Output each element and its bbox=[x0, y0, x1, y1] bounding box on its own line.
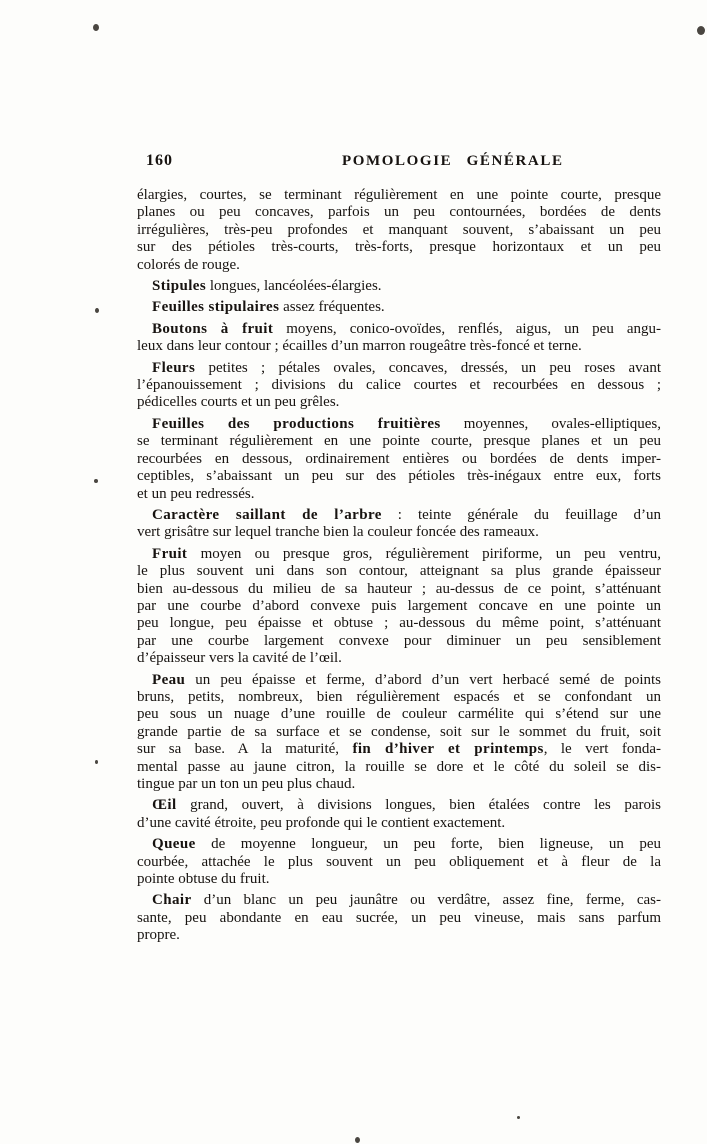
lead-word: Feuilles stipulaires bbox=[152, 299, 279, 315]
body-text: le plus souvent uni dans son contour, at… bbox=[137, 563, 661, 579]
text-line: et un peu redressés. bbox=[137, 486, 661, 503]
text-line: irrégulières, très-peu profondes et manq… bbox=[137, 222, 661, 239]
text-line: Œil grand, ouvert, à divisions longues, … bbox=[137, 797, 661, 814]
body-text: propre. bbox=[137, 927, 180, 943]
paragraph: Œil grand, ouvert, à divisions longues, … bbox=[137, 797, 661, 832]
text-line: Chair d’un blanc un peu jaunâtre ou verd… bbox=[137, 892, 661, 909]
text-line: planes ou peu concaves, parfois un peu c… bbox=[137, 204, 661, 221]
text-line: Boutons à fruit moyens, conico-ovoïdes, … bbox=[137, 321, 661, 338]
body-text: un peu épaisse et ferme, d’abord d’un ve… bbox=[185, 672, 661, 688]
text-line: bien au-dessous du milieu de sa hauteur … bbox=[137, 581, 661, 598]
text-line: sur des pétioles très-courts, très-forts… bbox=[137, 239, 661, 256]
running-title: POMOLOGIE GÉNÉRALE bbox=[342, 153, 564, 170]
body-text: courbée, attachée le plus souvent un peu… bbox=[137, 854, 661, 870]
body-text: d’un blanc un peu jaunâtre ou verdâtre, … bbox=[192, 892, 662, 908]
text-line: propre. bbox=[137, 927, 661, 944]
body-text: sur des pétioles très-courts, très-forts… bbox=[137, 239, 661, 255]
text-line: l’épanouissement ; divisions du calice c… bbox=[137, 377, 661, 394]
lead-word: Stipules bbox=[152, 278, 206, 294]
text-line: colorés de rouge. bbox=[137, 257, 661, 274]
body-text: peu longue, peu épaisse et obtuse ; au-d… bbox=[137, 615, 661, 631]
text-line: tingue par un ton un peu plus chaud. bbox=[137, 776, 661, 793]
body-text: recourbées en dessous, ordinairement ent… bbox=[137, 451, 661, 467]
body-text: mental passe au jaune citron, la rouille… bbox=[137, 759, 661, 775]
text-line: courbée, attachée le plus souvent un peu… bbox=[137, 854, 661, 871]
body-text: , le vert fonda- bbox=[544, 741, 661, 757]
text-line: se terminant régulièrement en une pointe… bbox=[137, 433, 661, 450]
body-text: se terminant régulièrement en une pointe… bbox=[137, 433, 661, 449]
body-text: d’épaisseur vers la cavité de l’œil. bbox=[137, 650, 342, 666]
paragraph: Peau un peu épaisse et ferme, d’abord d’… bbox=[137, 672, 661, 794]
ink-speck bbox=[697, 26, 705, 35]
paragraph: Fleurs petites ; pétales ovales, concave… bbox=[137, 360, 661, 412]
paragraph: Boutons à fruit moyens, conico-ovoïdes, … bbox=[137, 321, 661, 356]
body-text: par une courbe largement convexe pour di… bbox=[137, 633, 661, 649]
body-text: pointe obtuse du fruit. bbox=[137, 871, 269, 887]
body-text: assez fréquentes. bbox=[279, 299, 384, 315]
text-line: sur sa base. A la maturité, fin d’hiver … bbox=[137, 741, 661, 758]
text-line: mental passe au jaune citron, la rouille… bbox=[137, 759, 661, 776]
ink-speck bbox=[517, 1116, 520, 1119]
text-line: vert grisâtre sur lequel tranche bien la… bbox=[137, 524, 661, 541]
body-text: moyennes, ovales-elliptiques, bbox=[441, 416, 661, 432]
text-line: Feuilles des productions fruitières moye… bbox=[137, 416, 661, 433]
text-line: d’épaisseur vers la cavité de l’œil. bbox=[137, 650, 661, 667]
text-block: élargies, courtes, se terminant régulièr… bbox=[137, 187, 661, 949]
text-line: Feuilles stipulaires assez fréquentes. bbox=[137, 299, 661, 316]
body-text: moyen ou presque gros, régulièrement pir… bbox=[187, 546, 661, 562]
page-header: 160 POMOLOGIE GÉNÉRALE bbox=[137, 152, 661, 176]
body-text: planes ou peu concaves, parfois un peu c… bbox=[137, 204, 661, 220]
lead-word: Feuilles des productions fruitières bbox=[152, 416, 441, 432]
body-text: tingue par un ton un peu plus chaud. bbox=[137, 776, 355, 792]
body-text: bien au-dessous du milieu de sa hauteur … bbox=[137, 581, 661, 597]
text-line: par une courbe largement convexe pour di… bbox=[137, 633, 661, 650]
lead-word: Queue bbox=[152, 836, 196, 852]
lead-word: Fleurs bbox=[152, 360, 195, 376]
text-line: pédicelles courts et un peu grêles. bbox=[137, 394, 661, 411]
ink-speck bbox=[94, 479, 98, 483]
text-line: Stipules longues, lancéolées-élargies. bbox=[137, 278, 661, 295]
paragraph: Feuilles stipulaires assez fréquentes. bbox=[137, 299, 661, 316]
body-text: : teinte générale du feuillage d’un bbox=[382, 507, 661, 523]
text-line: peu sous un nuage d’une rouille de coule… bbox=[137, 706, 661, 723]
body-text: irrégulières, très-peu profondes et manq… bbox=[137, 222, 661, 238]
lead-word: Peau bbox=[152, 672, 185, 688]
text-line: Peau un peu épaisse et ferme, d’abord d’… bbox=[137, 672, 661, 689]
page-number: 160 bbox=[146, 152, 173, 170]
text-line: d’une cavité étroite, peu profonde qui l… bbox=[137, 815, 661, 832]
lead-word: Boutons à fruit bbox=[152, 321, 273, 337]
paragraph: Caractère saillant de l’arbre : teinte g… bbox=[137, 507, 661, 542]
paragraph: Queue de moyenne longueur, un peu forte,… bbox=[137, 836, 661, 888]
paragraph: Feuilles des productions fruitières moye… bbox=[137, 416, 661, 503]
text-line: grande partie de sa surface et se conden… bbox=[137, 724, 661, 741]
paragraph: Fruit moyen ou presque gros, régulièreme… bbox=[137, 546, 661, 668]
body-text: élargies, courtes, se terminant régulièr… bbox=[137, 187, 661, 203]
text-line: sante, peu abondante en eau sucrée, un p… bbox=[137, 910, 661, 927]
body-text: colorés de rouge. bbox=[137, 257, 240, 273]
paragraph: Stipules longues, lancéolées-élargies. bbox=[137, 278, 661, 295]
body-text: bruns, petits, nombreux, bien régulièrem… bbox=[137, 689, 661, 705]
body-text: et un peu redressés. bbox=[137, 486, 254, 502]
body-text: leux dans leur contour ; écailles d’un m… bbox=[137, 338, 582, 354]
text-line: Fleurs petites ; pétales ovales, concave… bbox=[137, 360, 661, 377]
body-text: sur sa base. A la maturité, bbox=[137, 741, 352, 757]
ink-speck bbox=[93, 24, 99, 31]
text-line: par une courbe d’abord convexe puis larg… bbox=[137, 598, 661, 615]
lead-word: fin d’hiver et printemps bbox=[352, 741, 543, 757]
text-line: Queue de moyenne longueur, un peu forte,… bbox=[137, 836, 661, 853]
lead-word: Œil bbox=[152, 797, 177, 813]
book-page: 160 POMOLOGIE GÉNÉRALE élargies, courtes… bbox=[0, 0, 707, 1144]
ink-speck bbox=[355, 1137, 360, 1143]
body-text: ceptibles, s’abaissant un peu sur des pé… bbox=[137, 468, 661, 484]
text-line: peu longue, peu épaisse et obtuse ; au-d… bbox=[137, 615, 661, 632]
paragraph: Chair d’un blanc un peu jaunâtre ou verd… bbox=[137, 892, 661, 944]
body-text: grand, ouvert, à divisions longues, bien… bbox=[177, 797, 661, 813]
text-line: le plus souvent uni dans son contour, at… bbox=[137, 563, 661, 580]
text-line: Caractère saillant de l’arbre : teinte g… bbox=[137, 507, 661, 524]
lead-word: Caractère saillant de l’arbre bbox=[152, 507, 382, 523]
body-text: pédicelles courts et un peu grêles. bbox=[137, 394, 339, 410]
text-line: ceptibles, s’abaissant un peu sur des pé… bbox=[137, 468, 661, 485]
body-text: sante, peu abondante en eau sucrée, un p… bbox=[137, 910, 661, 926]
ink-speck bbox=[95, 308, 99, 313]
text-line: recourbées en dessous, ordinairement ent… bbox=[137, 451, 661, 468]
body-text: moyens, conico-ovoïdes, renflés, aigus, … bbox=[273, 321, 661, 337]
body-text: longues, lancéolées-élargies. bbox=[206, 278, 382, 294]
text-line: élargies, courtes, se terminant régulièr… bbox=[137, 187, 661, 204]
body-text: vert grisâtre sur lequel tranche bien la… bbox=[137, 524, 539, 540]
body-text: d’une cavité étroite, peu profonde qui l… bbox=[137, 815, 505, 831]
body-text: l’épanouissement ; divisions du calice c… bbox=[137, 377, 661, 393]
text-line: Fruit moyen ou presque gros, régulièreme… bbox=[137, 546, 661, 563]
ink-speck bbox=[95, 760, 98, 764]
text-line: leux dans leur contour ; écailles d’un m… bbox=[137, 338, 661, 355]
text-line: pointe obtuse du fruit. bbox=[137, 871, 661, 888]
lead-word: Chair bbox=[152, 892, 192, 908]
body-text: par une courbe d’abord convexe puis larg… bbox=[137, 598, 661, 614]
ink-speck: ·: bbox=[643, 706, 652, 718]
text-line: bruns, petits, nombreux, bien régulièrem… bbox=[137, 689, 661, 706]
body-text: peu sous un nuage d’une rouille de coule… bbox=[137, 706, 661, 722]
body-text: petites ; pétales ovales, concaves, dres… bbox=[195, 360, 661, 376]
lead-word: Fruit bbox=[152, 546, 187, 562]
paragraph: élargies, courtes, se terminant régulièr… bbox=[137, 187, 661, 274]
body-text: grande partie de sa surface et se conden… bbox=[137, 724, 661, 740]
body-text: de moyenne longueur, un peu forte, bien … bbox=[196, 836, 661, 852]
